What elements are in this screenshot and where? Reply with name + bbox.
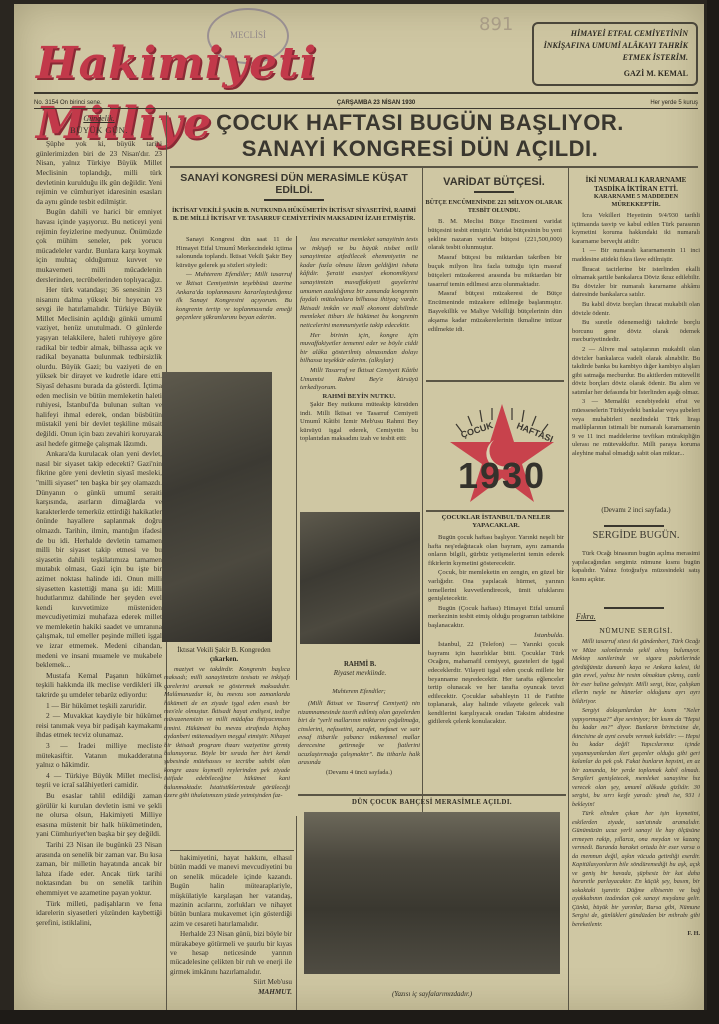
paragraph: 3 — Memaliki ecnebiyedeki efrat ve müess…	[572, 398, 700, 458]
handwritten-number: 891	[479, 14, 513, 35]
paragraph: 3 — İradei milliye mecliste mütekasiftir…	[36, 741, 162, 770]
poster-year: 1930	[458, 455, 546, 496]
masthead-title: Hakimiyeti Milliye	[36, 34, 506, 94]
congress-title: SANAYİ KONGRESİ DÜN MERASİMLE KÜŞAT EDİL…	[166, 172, 422, 196]
paragraph: 4 — Türkiye Büyük Millet meclisi, teşrii…	[36, 771, 162, 790]
article-title: BÜYÜK GÜN.	[36, 126, 162, 136]
decree-subtitle: KARARNAME 5 MADDEDEN MÜREKKEPTİR.	[572, 193, 700, 208]
lower-left-article: hakimiyetini, hayat hakkını, elhasıl büt…	[170, 854, 292, 1004]
decree-title: İKİ NUMARALI KARARNAME TASDİKA İKTİRAN E…	[572, 176, 700, 193]
budget-title: VARİDAT BÜTÇESİ.	[424, 176, 564, 188]
headline-line-1: ÇOCUK HAFTASI BUGÜN BAŞLIYOR.	[160, 110, 680, 136]
rahmi-heading: RAHMİ BEYİN NUTKU.	[300, 392, 418, 401]
congress-article-header: SANAYİ KONGRESİ DÜN MERASİMLE KÜŞAT EDİL…	[166, 172, 422, 223]
poster-text-left: ÇOCUK	[460, 420, 495, 440]
article-kicker: Gündelik.	[36, 114, 162, 124]
paragraph: maziyet ve takdirdir. Kongrenin başlıca …	[164, 666, 290, 801]
photo-rahmi-bey	[300, 512, 420, 644]
paragraph: İstanbul, 22 (Telefon) — Yarınki çocuk b…	[428, 641, 564, 727]
masthead-rule-bottom	[34, 108, 698, 109]
paragraph: (Milli İktisat ve Tasarruf Cemiyeti) nin…	[298, 700, 420, 767]
paragraph: 1 — Bir numaralı kararnamenin 11 inci ma…	[572, 247, 700, 264]
motto-signature: GAZİ M. KEMAL	[542, 68, 688, 80]
paragraph: Herhalde 23 Nisan günü, bizi böyle bir m…	[170, 930, 292, 977]
decree-header: İKİ NUMARALI KARARNAME TASDİKA İKTİRAN E…	[572, 176, 700, 208]
cocuk-haftasi-poster: ÇOCUK HAFTASI 1930	[432, 396, 572, 504]
fikra-title: NÜMUNE SERGİSİ.	[572, 626, 700, 635]
paragraph: Masraf bütçesi müzakeresi de Bütçe Encüm…	[428, 290, 562, 334]
exhibit-title: SERGİDE BUGÜN.	[572, 530, 700, 541]
column-divider	[296, 236, 297, 680]
paragraph: Türk elinden çıkan her işin kıymetini, e…	[572, 810, 700, 929]
children-body: Bugün çocuk haftası başlıyor. Yarınki ne…	[428, 534, 564, 786]
dateline: No. 3154 On birinci sene. ÇARŞAMBA 23 Nİ…	[34, 100, 698, 106]
paragraph: Milli Tasarruf ve İktisat Cemiyeti Kâtib…	[300, 367, 418, 391]
garden-caption: (Yazısı iç sayfalarımızdadır.)	[298, 990, 566, 999]
paragraph: Şakir Bey nutkunu müteakip kürsüden indi…	[300, 401, 418, 444]
decree-body: İcra Vekilleri Heyetinin 9/4/930 tarihli…	[572, 212, 700, 502]
left-column-article: Gündelik. BÜYÜK GÜN. Şüphe yok ki, büyük…	[36, 114, 162, 1009]
paragraph: Bugün dahili ve harici bir emniyet havas…	[36, 207, 162, 284]
column-divider	[568, 168, 569, 1010]
paragraph: Sergiyi dolaşanlardan bir kısmı "Neler y…	[572, 707, 700, 809]
column-divider	[296, 816, 297, 1010]
section-rule	[426, 380, 564, 382]
issue-date: ÇARŞAMBA 23 NİSAN 1930	[337, 100, 415, 106]
signature-place: Siirt Meb'usu	[170, 978, 292, 987]
paragraph: Tarihi 23 Nisan ile bugünkü 23 Nisan ara…	[36, 840, 162, 898]
paragraph: Ankara'da kurulacak olan yeni devlet, na…	[36, 449, 162, 670]
main-headline: ÇOCUK HAFTASI BUGÜN BAŞLIYOR. SANAYİ KON…	[160, 110, 680, 162]
headline-rule	[170, 166, 698, 168]
salutation: Muhterem Efendiler;	[298, 688, 420, 696]
fikra-kicker: Fıkra.	[576, 612, 596, 621]
headline-line-2: SANAYİ KONGRESİ DÜN AÇILDI.	[160, 136, 680, 162]
paragraph: Türk milleti, padişahların ve fena idare…	[36, 899, 162, 928]
section-rule	[170, 850, 294, 851]
scan-edge-right	[707, 0, 719, 1024]
paragraph: Milli tasarruf sitesi iki gündenberi, Tü…	[572, 638, 700, 706]
issue-price: Her yerde 5 kuruş	[650, 100, 698, 106]
poster-text-right: HAFTASI	[515, 421, 554, 445]
congress-col2: lası mevcuttur memleket sanayiinin tesis…	[300, 236, 418, 391]
paragraph: Şüphe yok ki, büyük tarihi günlerimizden…	[36, 139, 162, 206]
budget-article: VARİDAT BÜTÇESİ. BÜTÇE ENCÜMENİNDE 221 M…	[424, 176, 564, 215]
paragraph: İcra Vekilleri Heyetinin 9/4/930 tarihli…	[572, 212, 700, 246]
motto-box: HİMAYEİ ETFAL CEMİYETİNİN İNKİŞAFINA UMU…	[532, 22, 698, 86]
fikra-body: Milli tasarruf sitesi iki gündenberi, Tü…	[572, 638, 700, 998]
decree-continued: (Devamı 2 inci sayfada.)	[572, 506, 700, 515]
paragraph: Bu esaslar tahlil edildiği zaman görülür…	[36, 791, 162, 839]
caption-line: çıkarken.	[164, 655, 284, 664]
caption-name: RAHMİ B.	[300, 660, 420, 669]
photo-caption-2: RAHMİ B. Riyaset mevkiinde.	[300, 660, 420, 678]
congress-subtitle: İKTİSAT VEKİLİ ŞAKİR B. NUTKUNDA HÜKÜMET…	[166, 207, 422, 223]
paragraph: Sanayi Kongresi dün saat 11 de Himayei E…	[176, 236, 292, 270]
paragraph: İhracat tacirlerine bir isterlinden ekal…	[572, 266, 700, 300]
masthead-rule-top	[34, 92, 698, 94]
children-title: ÇOCUKLAR İSTANBUL'DA NELER YAPACAKLAR.	[428, 514, 564, 531]
photo-caption-1: İktısat Vekili Şakir B. Kongreden çıkark…	[164, 646, 284, 664]
signature-name: MAHMUT.	[170, 988, 292, 997]
paragraph: Çocuk, bir memleketin en zengin, en güze…	[428, 569, 564, 603]
paragraph: hakimiyetini, hayat hakkını, elhasıl büt…	[170, 854, 292, 929]
budget-body: B. M. Meclisi Bütçe Encümeni varidat büt…	[428, 218, 562, 378]
paragraph: lası mevcuttur memleket sanayiinin tesis…	[300, 236, 418, 331]
paragraph: 2 — Muvakkat kaydiyle bir hükümet reisi …	[36, 711, 162, 740]
caption-sub: Riyaset mevkiinde.	[300, 669, 420, 678]
paragraph: Her türk vatandaşı; 36 senesinin 23 nisa…	[36, 285, 162, 448]
ornament-divider	[264, 199, 324, 204]
paragraph: Mustafa Kemal Paşanın hükümet teşkili ha…	[36, 671, 162, 700]
section-rule	[298, 794, 566, 796]
column-divider	[422, 168, 423, 816]
scan-edge-bottom	[0, 1010, 719, 1024]
dateline-place: İstanbulda.	[428, 632, 564, 641]
caption-line: İktısat Vekili Şakir B. Kongreden	[164, 646, 284, 655]
photo-children-garden	[304, 812, 560, 974]
photo-sakir-bey	[162, 372, 272, 642]
paragraph: B. M. Meclisi Bütçe Encümeni varidat büt…	[428, 218, 562, 253]
paragraph: Türk Ocağı binasının bugün açılma merasi…	[572, 550, 700, 584]
ornament-divider	[604, 607, 664, 612]
section-rule	[426, 510, 564, 512]
paragraph: 1 — Bir hükümet teşkili zaruridir.	[36, 701, 162, 711]
newspaper-page: MECLİSİ 891 Hakimiyeti Milliye HİMAYEİ E…	[14, 4, 704, 1012]
paragraph: Bu suretle ödenemediği takdirde borçlu b…	[572, 319, 700, 345]
paragraph: Bu kabil döviz borçları ihracat mukabili…	[572, 301, 700, 318]
paragraph: 2 — Alivre mal satışlarının mukabili ola…	[572, 346, 700, 398]
paragraph: — Muhterem Efendiler; Milli tasarruf ve …	[176, 271, 292, 323]
motto-text: HİMAYEİ ETFAL CEMİYETİNİN İNKİŞAFINA UMU…	[544, 29, 688, 62]
paragraph: Bugün (Çocuk haftası) Himayei Etfal umum…	[428, 605, 564, 631]
congress-lower-text: maziyet ve takdirdir. Kongrenin başlıca …	[164, 666, 290, 848]
paragraph: Bugün çocuk haftası başlıyor. Yarınki ne…	[428, 534, 564, 568]
paragraph: Masraf bütçesi bu miktardan takriben bir…	[428, 254, 562, 289]
continued-note: (Devamı 4 üncü sayfada.)	[298, 769, 420, 777]
issue-number: No. 3154 On birinci sene.	[34, 100, 102, 106]
exhibit-body: Türk Ocağı binasının bugün açılma merasi…	[572, 550, 700, 600]
garden-title: DÜN ÇOCUK BAHÇESİ MERASİMLE AÇILDI.	[298, 798, 566, 807]
rahmi-speech: RAHMİ BEYİN NUTKU. Şakir Bey nutkunu müt…	[300, 392, 418, 492]
budget-subtitle: BÜTÇE ENCÜMENİNDE 221 MİLYON OLARAK TESB…	[424, 199, 564, 215]
rahmi-speech-continued: Muhterem Efendiler; (Milli İktisat ve Ta…	[298, 684, 420, 809]
congress-col1: Sanayi Kongresi dün saat 11 de Himayei E…	[176, 236, 292, 366]
fikra-signature: F. H.	[572, 930, 700, 939]
paragraph: Her birinin için, kongre için muvaffakiy…	[300, 332, 418, 366]
ornament-divider	[474, 191, 514, 196]
